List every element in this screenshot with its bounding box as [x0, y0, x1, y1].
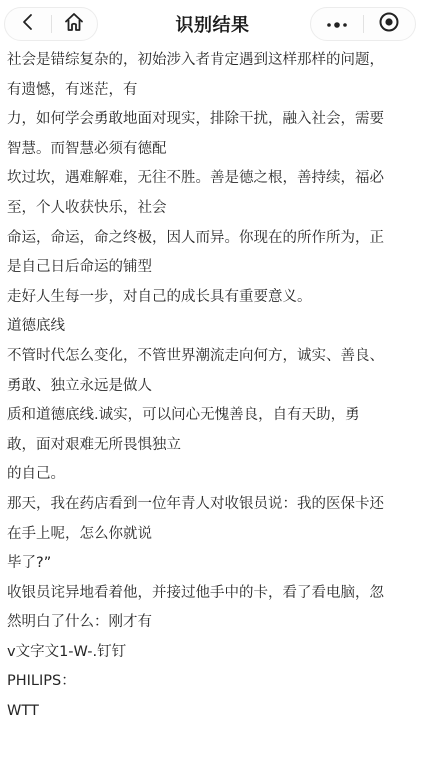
result-line: WTT	[7, 697, 419, 727]
close-mini-program-button[interactable]	[364, 8, 416, 40]
result-line: 勇敢、独立永远是做人	[7, 372, 419, 402]
result-line: v文字文1-W-.钉钉	[7, 638, 419, 668]
result-line: 走好人生每一步，对自己的成长具有重要意义。	[7, 283, 419, 313]
result-line: 敢，面对艰难无所畏惧独立	[7, 431, 419, 461]
home-icon	[63, 11, 85, 37]
back-button[interactable]	[5, 8, 51, 40]
result-line: 力，如何学会勇敢地面对现实，排除干扰，融入社会，需要	[7, 105, 419, 135]
result-line: PHILIPS：	[7, 667, 419, 697]
more-icon	[325, 15, 349, 34]
nav-capsule-right	[310, 7, 416, 41]
result-line: 然明白了什么：刚才有	[7, 608, 419, 638]
result-line: 道德底线	[7, 312, 419, 342]
result-line: 的自己。	[7, 460, 419, 490]
result-line: 智慧。而智慧必须有德配	[7, 135, 419, 165]
nav-capsule-left	[4, 7, 98, 41]
more-button[interactable]	[311, 8, 363, 40]
result-line: 毕了?”	[7, 549, 419, 579]
result-line: 是自己日后命运的铺型	[7, 253, 419, 283]
result-line: 不管时代怎么变化，不管世界潮流走向何方，诚实、善良、	[7, 342, 419, 372]
result-line: 质和道德底线.诚实，可以问心无愧善良，自有天助，勇	[7, 401, 419, 431]
recognition-result-text: 社会是错综复杂的，初始涉入者肯定遇到这样那样的问题， 有遗憾，有迷茫，有 力，如…	[7, 46, 419, 727]
result-line: 命运，命运，命之终极，因人而异。你现在的所作所为，正	[7, 224, 419, 254]
back-icon	[19, 13, 37, 35]
result-line: 有遗憾，有迷茫，有	[7, 76, 419, 106]
result-line: 收银员诧异地看着他，并接过他手中的卡，看了看电脑，忽	[7, 579, 419, 609]
navigation-bar: 识别结果	[0, 0, 425, 46]
home-button[interactable]	[52, 8, 98, 40]
result-line: 社会是错综复杂的，初始涉入者肯定遇到这样那样的问题，	[7, 46, 419, 76]
result-line: 至，个人收获快乐，社会	[7, 194, 419, 224]
result-line: 那天，我在药店看到一位年青人对收银员说：我的医保卡还	[7, 490, 419, 520]
result-line: 坎过坎，遇难解难，无往不胜。善是德之根，善持续，福必	[7, 164, 419, 194]
close-mini-program-icon	[378, 11, 400, 37]
result-line: 在手上呢，怎么你就说	[7, 520, 419, 550]
